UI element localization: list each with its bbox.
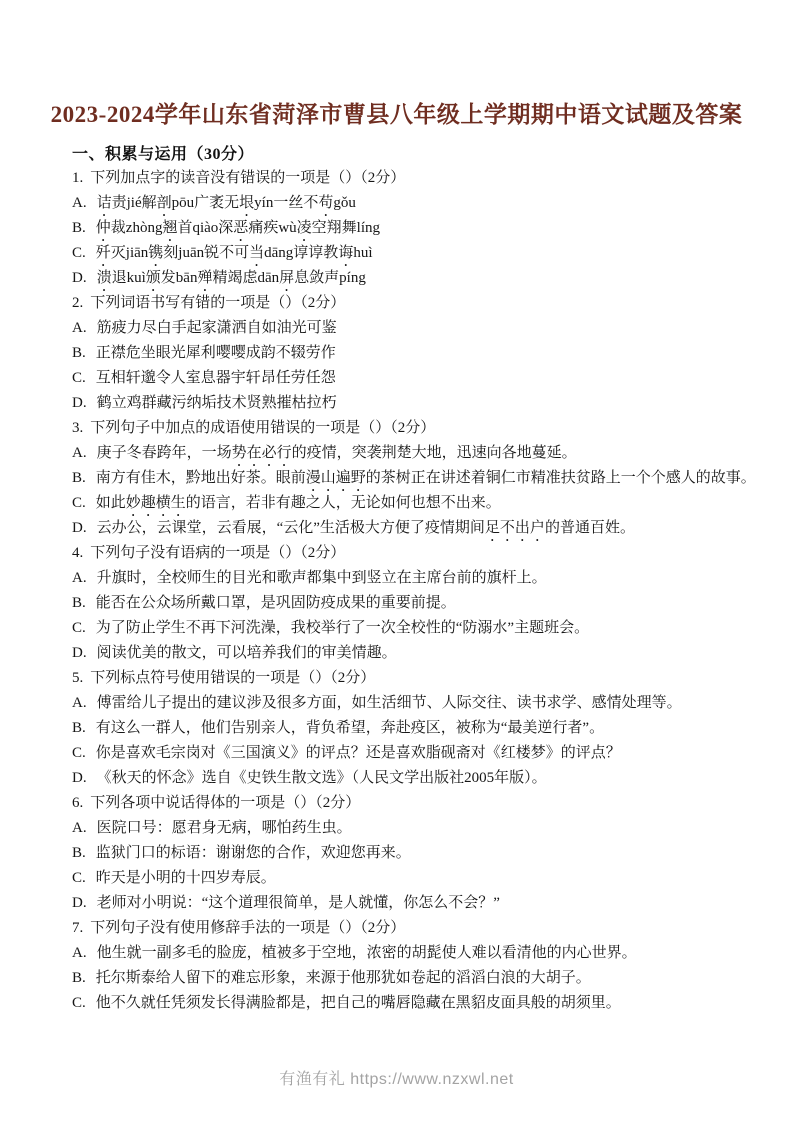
option-line: D.鹤立鸡群藏污纳垢技术贤熟摧枯拉朽 [72, 391, 762, 416]
option-line: A.升旗时，全校师生的目光和歌声都集中到竖立在主席台前的旗杆上。 [72, 566, 762, 591]
option-text-emphasized: 苟 [318, 195, 333, 211]
option-text: 升旗时，全校师生的目光和歌声都集中到竖立在主席台前的旗杆上。 [97, 570, 547, 586]
option-label: C. [72, 616, 86, 641]
option-label: C. [72, 991, 86, 1016]
option-text: 刻juān锐不可 [163, 245, 249, 261]
option-text: 如此 [96, 495, 126, 511]
option-text: 医院口号：愿君身无病，哪怕药生虫。 [97, 820, 352, 836]
option-line: A.庚子冬春跨年，一场势在必行的疫情，突袭荆楚大地，迅速向各地蔓延。 [72, 441, 762, 466]
option-label: D. [72, 266, 87, 291]
option-line: D.《秋天的怀念》选自《史铁生散文选》（人民文学出版社2005年版）。 [72, 766, 762, 791]
option-text: 老师对小明说：“这个道理很简单，是人就懂，你怎么不会？” [97, 895, 500, 911]
option-label: B. [72, 466, 86, 491]
option-text: 阅读优美的散文，可以培养我们的审美情趣。 [97, 645, 397, 661]
option-line: C.如此妙趣横生的语言，若非有趣之人，无论如何也想不出来。 [72, 491, 762, 516]
option-text: 灭jiān [111, 245, 149, 261]
option-text: 昨天是小明的十四岁寿辰。 [96, 870, 276, 886]
option-label: A. [72, 441, 87, 466]
question-number: 4. [72, 541, 83, 566]
option-line: C.互相轩邈令人室息器宇轩昂任劳任怨 [72, 366, 762, 391]
option-text: 你是喜欢毛宗岗对《三国演义》的评点？还是喜欢脂砚斋对《红楼梦》的评点？ [96, 745, 621, 761]
question-stem: 4.下列句子没有语病的一项是（）（2分） [72, 541, 762, 566]
option-line: B.托尔斯泰给人留下的难忘形象，来源于他那犹如卷起的滔滔白浪的大胡子。 [72, 966, 762, 991]
option-text-emphasized: 溃 [97, 270, 112, 286]
option-text-emphasized: 剖 [157, 195, 172, 211]
option-text: 有这么一群人，他们告别亲人，背负希望，奔赴疫区，被称为“最美逆行者”。 [96, 720, 604, 736]
option-text: 空翔舞líng [312, 220, 380, 236]
option-text: 为了防止学生不再下河洗澡，我校举行了一次全校性的“防溺水”主题班会。 [96, 620, 589, 636]
option-text: 的普通百姓。 [545, 520, 635, 536]
option-text-emphasized: 镌 [148, 245, 163, 261]
question-stem: 2.下列词语书写有错的一项是（）（2分） [72, 291, 762, 316]
question-number: 5. [72, 666, 83, 691]
option-text-emphasized: 足不出户 [485, 520, 545, 536]
option-label: B. [72, 966, 86, 991]
option-label: A. [72, 566, 87, 591]
option-text: 精竭虑dān [212, 270, 279, 286]
option-text: 发bān [161, 270, 198, 286]
option-line: C.歼灭jiān镌刻juān锐不可当dāng谆谆教诲huì [72, 241, 762, 266]
option-text: 傅雷给儿子提出的建议涉及很多方面，如生活细节、人际交往、读书求学、感情处理等。 [97, 695, 682, 711]
question-stem-text: 下列标点符号使用错误的一项是（）（2分） [90, 670, 375, 686]
option-text-emphasized: 屏 [279, 270, 294, 286]
option-text-emphasized: 当 [249, 245, 264, 261]
option-text: 监狱门口的标语：谢谢您的合作，欢迎您再来。 [96, 845, 411, 861]
option-text-emphasized: 殚 [197, 270, 212, 286]
option-label: D. [72, 891, 87, 916]
option-text-emphasized: 恶 [233, 220, 248, 236]
question-stem: 1.下列加点字的读音没有错误的一项是（）（2分） [72, 166, 762, 191]
option-text-emphasized: 诲 [338, 245, 353, 261]
option-text: gǒu [333, 195, 356, 211]
option-label: C. [72, 241, 86, 266]
option-text: 退kuì [112, 270, 146, 286]
option-label: B. [72, 841, 86, 866]
question-stem-text: 下列句子中加点的成语使用错误的一项是（）（2分） [90, 420, 435, 436]
option-text: 他不久就任凭须发长得满脸都是，把自己的嘴唇隐藏在黑貂皮面具般的胡须里。 [96, 995, 621, 1011]
questions: 1.下列加点字的读音没有错误的一项是（）（2分）A.诘责jié解剖pōu广袤无垠… [72, 166, 762, 1016]
option-text: yín一丝不 [254, 195, 318, 211]
option-text-emphasized: 漫山遍野 [306, 470, 366, 486]
option-line: A.诘责jié解剖pōu广袤无垠yín一丝不苟gǒu [72, 191, 762, 216]
question-stem-text: 下列句子没有使用修辞手法的一项是（）（2分） [90, 920, 405, 936]
option-text-emphasized: 颁 [146, 270, 161, 286]
option-text-emphasized: 妙趣横生 [126, 495, 186, 511]
question-number: 1. [72, 166, 83, 191]
option-line: B.仲裁zhòng翘首qiào深恶痛疾wù凌空翔舞líng [72, 216, 762, 241]
option-line: A.傅雷给儿子提出的建议涉及很多方面，如生活细节、人际交往、读书求学、感情处理等… [72, 691, 762, 716]
option-label: A. [72, 316, 87, 341]
option-text: 息敛声píng [294, 270, 366, 286]
option-label: D. [72, 641, 87, 666]
question-number: 3. [72, 416, 83, 441]
option-text: 能否在公众场所戴口罩，是巩固防疫成果的重要前提。 [96, 595, 456, 611]
option-line: B.监狱门口的标语：谢谢您的合作，欢迎您再来。 [72, 841, 762, 866]
option-label: D. [72, 766, 87, 791]
section-heading: 一、积累与运用（30分） [72, 141, 254, 164]
option-text: 《秋天的怀念》选自《史铁生散文选》（人民文学出版社2005年版）。 [97, 770, 547, 786]
option-line: C.昨天是小明的十四岁寿辰。 [72, 866, 762, 891]
option-text: 正襟危坐眼光犀利嘤嘤成韵不辍劳作 [96, 345, 336, 361]
option-line: A.他生就一副多毛的脸庞，植被多于空地，浓密的胡髭使人难以看清他的内心世界。 [72, 941, 762, 966]
option-label: D. [72, 516, 87, 541]
option-line: A.医院口号：愿君身无病，哪怕药生虫。 [72, 816, 762, 841]
option-line: B.南方有佳木，黔地出好茶。眼前漫山遍野的茶树正在讲述着铜仁市精准扶贫路上一个个… [72, 466, 762, 491]
question-stem: 6.下列各项中说话得体的一项是（）（2分） [72, 791, 762, 816]
question-stem-text: 下列句子没有语病的一项是（）（2分） [90, 545, 345, 561]
option-label: B. [72, 716, 86, 741]
option-text-emphasized: 翘 [162, 220, 177, 236]
option-label: C. [72, 491, 86, 516]
option-text: 他生就一副多毛的脸庞，植被多于空地，浓密的胡髭使人难以看清他的内心世界。 [97, 945, 637, 961]
option-text: 痛疾wù [248, 220, 296, 236]
question-stem-text: 下列各项中说话得体的一项是（）（2分） [90, 795, 360, 811]
question-stem: 7.下列句子没有使用修辞手法的一项是（）（2分） [72, 916, 762, 941]
option-text-emphasized: 势在必行 [232, 445, 292, 461]
option-text: 云办公，云课堂，云看展，“云化”生活极大方便了疫情期间 [97, 520, 485, 536]
option-text: dāng谆谆教 [264, 245, 338, 261]
option-line: B.有这么一群人，他们告别亲人，背负希望，奔赴疫区，被称为“最美逆行者”。 [72, 716, 762, 741]
option-text: 的疫情，突袭荆楚大地，迅速向各地蔓延。 [292, 445, 577, 461]
option-line: D.老师对小明说：“这个道理很简单，是人就懂，你怎么不会？” [72, 891, 762, 916]
question-stem: 5.下列标点符号使用错误的一项是（）（2分） [72, 666, 762, 691]
exam-page: 2023-2024学年山东省菏泽市曹县八年级上学期期中语文试题及答案 一、积累与… [0, 0, 793, 1122]
option-line: C.为了防止学生不再下河洗澡，我校举行了一次全校性的“防溺水”主题班会。 [72, 616, 762, 641]
option-label: A. [72, 691, 87, 716]
option-text: 的语言，若非有趣之人，无论如何也想不出来。 [186, 495, 501, 511]
option-label: D. [72, 391, 87, 416]
option-line: B.正襟危坐眼光犀利嘤嘤成韵不辍劳作 [72, 341, 762, 366]
option-text-emphasized: 仲 [96, 220, 111, 236]
option-label: C. [72, 366, 86, 391]
option-line: D.阅读优美的散文，可以培养我们的审美情趣。 [72, 641, 762, 666]
option-label: A. [72, 191, 87, 216]
option-line: B.能否在公众场所戴口罩，是巩固防疫成果的重要前提。 [72, 591, 762, 616]
option-text: 裁zhòng [111, 220, 163, 236]
option-label: B. [72, 341, 86, 366]
option-text: 责jié解 [112, 195, 157, 211]
option-text-emphasized: 歼 [96, 245, 111, 261]
option-line: D.溃退kuì颁发bān殚精竭虑dān屏息敛声píng [72, 266, 762, 291]
option-text: pōu广袤无 [172, 195, 240, 211]
option-text: 托尔斯泰给人留下的难忘形象，来源于他那犹如卷起的滔滔白浪的大胡子。 [96, 970, 591, 986]
question-stem: 3.下列句子中加点的成语使用错误的一项是（）（2分） [72, 416, 762, 441]
option-text: 的茶树正在讲述着铜仁市精准扶贫路上一个个感人的故事。 [366, 470, 756, 486]
option-label: B. [72, 216, 86, 241]
option-text: 首qiào深 [177, 220, 233, 236]
option-line: C.你是喜欢毛宗岗对《三国演义》的评点？还是喜欢脂砚斋对《红楼梦》的评点？ [72, 741, 762, 766]
option-label: B. [72, 591, 86, 616]
option-text: 筋疲力尽白手起家潇洒自如油光可鉴 [97, 320, 337, 336]
option-line: C.他不久就任凭须发长得满脸都是，把自己的嘴唇隐藏在黑貂皮面具般的胡须里。 [72, 991, 762, 1016]
question-stem-text: 下列加点字的读音没有错误的一项是（）（2分） [90, 170, 405, 186]
option-label: C. [72, 741, 86, 766]
option-text: 鹤立鸡群藏污纳垢技术贤熟摧枯拉朽 [97, 395, 337, 411]
question-number: 6. [72, 791, 83, 816]
option-text: 庚子冬春跨年，一场 [97, 445, 232, 461]
question-number: 7. [72, 916, 83, 941]
option-line: D.云办公，云课堂，云看展，“云化”生活极大方便了疫情期间足不出户的普通百姓。 [72, 516, 762, 541]
page-title: 2023-2024学年山东省菏泽市曹县八年级上学期期中语文试题及答案 [0, 96, 793, 129]
question-stem-text: 下列词语书写有错的一项是（）（2分） [90, 295, 345, 311]
option-label: A. [72, 816, 87, 841]
option-text: 互相轩邈令人室息器宇轩昂任劳任怨 [96, 370, 336, 386]
option-label: A. [72, 941, 87, 966]
option-text-emphasized: 垠 [239, 195, 254, 211]
option-text-emphasized: 诘 [97, 195, 112, 211]
option-text: 南方有佳木，黔地出好茶。眼前 [96, 470, 306, 486]
question-number: 2. [72, 291, 83, 316]
option-label: C. [72, 866, 86, 891]
option-text-emphasized: 凌 [297, 220, 312, 236]
option-line: A.筋疲力尽白手起家潇洒自如油光可鉴 [72, 316, 762, 341]
option-text: huì [353, 245, 372, 261]
footer-watermark: 有渔有礼 https://www.nzxwl.net [0, 1066, 793, 1089]
